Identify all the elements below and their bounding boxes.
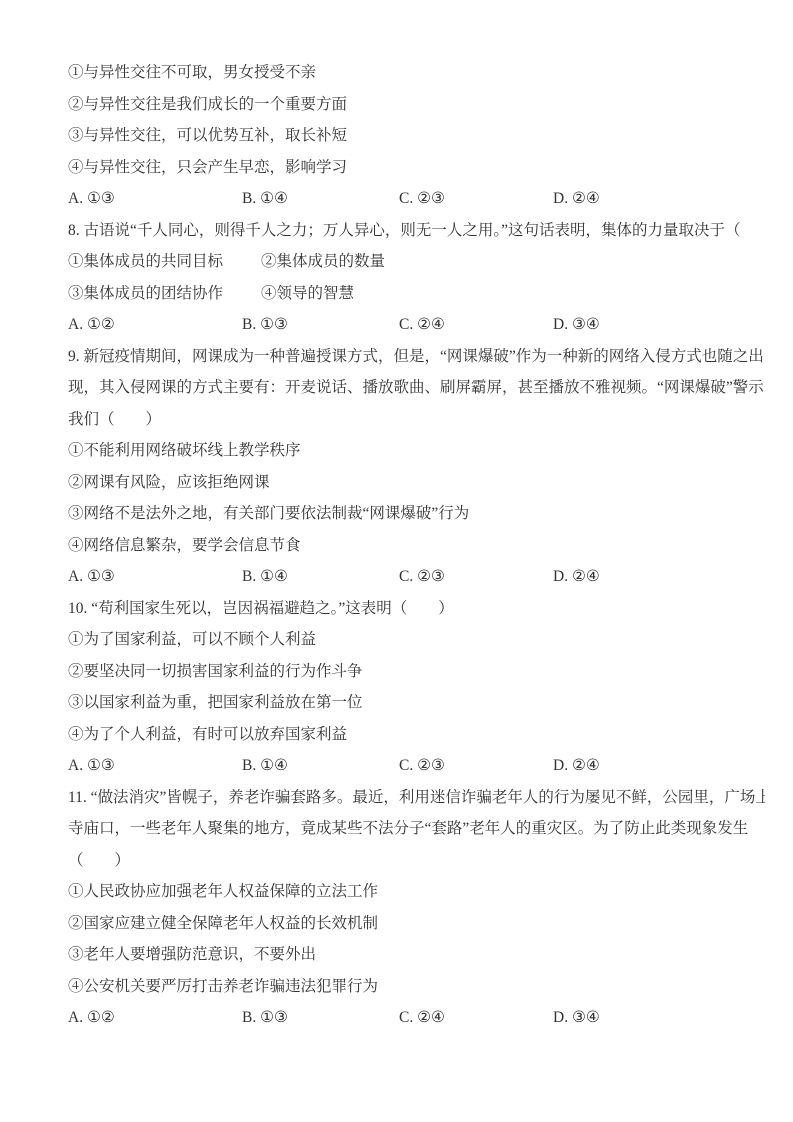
question-item: ③以国家利益为重，把国家利益放在第一位 [68, 687, 765, 719]
question-item: ③网络不是法外之地，有关部门要依法制裁“网课爆破”行为 [68, 498, 765, 530]
option-a: A. ①③ [68, 561, 242, 593]
options-row: A. ①③ B. ①④ C. ②③ D. ②④ [68, 561, 765, 593]
question-11: 11. “做法消灾”皆幌子，养老诈骗套路多。最近，利用迷信诈骗老年人的行为屡见不… [68, 782, 765, 1034]
question-8: 8. 古语说“千人同心，则得千人之力；万人异心，则无一人之用。”这句话表明，集体… [68, 215, 765, 341]
question-item: ③与异性交往，可以优势互补，取长补短 [68, 120, 765, 152]
question-item: ②网课有风险，应该拒绝网课 [68, 467, 765, 499]
question-item: ②与异性交往是我们成长的一个重要方面 [68, 89, 765, 121]
question-item: ①与异性交往不可取，男女授受不亲 [68, 57, 765, 89]
question-item: ④与异性交往，只会产生早恋，影响学习 [68, 152, 765, 184]
option-a: A. ①② [68, 309, 242, 341]
question-9: 9. 新冠疫情期间，网课成为一种普遍授课方式，但是，“网课爆破”作为一种新的网络… [68, 341, 765, 593]
question-item: ②国家应建立健全保障老年人权益的长效机制 [68, 908, 765, 940]
option-d: D. ②④ [553, 561, 765, 593]
question-stem: 11. “做法消灾”皆幌子，养老诈骗套路多。最近，利用迷信诈骗老年人的行为屡见不… [68, 782, 765, 814]
question-item: ①为了国家利益，可以不顾个人利益 [68, 624, 765, 656]
option-a: A. ①② [68, 1002, 242, 1034]
question-7: ①与异性交往不可取，男女授受不亲 ②与异性交往是我们成长的一个重要方面 ③与异性… [68, 57, 765, 215]
option-d: D. ③④ [553, 1002, 765, 1034]
question-stem: 我们（ ） [68, 404, 765, 436]
question-item: ②要坚决同一切损害国家利益的行为作斗争 [68, 656, 765, 688]
question-item: ④网络信息繁杂，要学会信息节食 [68, 530, 765, 562]
option-a: A. ①③ [68, 183, 242, 215]
option-b: B. ①④ [242, 750, 399, 782]
option-d: D. ②④ [553, 183, 765, 215]
question-item-pair: ③集体成员的团结协作 ④领导的智慧 [68, 278, 765, 310]
question-item: ①不能利用网络破坏线上教学秩序 [68, 435, 765, 467]
option-b: B. ①④ [242, 183, 399, 215]
question-item: ④为了个人利益，有时可以放弃国家利益 [68, 719, 765, 751]
question-item: ①集体成员的共同目标 [68, 246, 261, 278]
options-row: A. ①③ B. ①④ C. ②③ D. ②④ [68, 183, 765, 215]
question-10: 10. “苟利国家生死以，岂因祸福避趋之。”这表明（ ） ①为了国家利益，可以不… [68, 593, 765, 782]
question-stem: 寺庙口，一些老年人聚集的地方，竟成某些不法分子“套路”老年人的重灾区。为了防止此… [68, 813, 765, 845]
question-item-pair: ①集体成员的共同目标 ②集体成员的数量 [68, 246, 765, 278]
option-b: B. ①③ [242, 1002, 399, 1034]
question-stem: 8. 古语说“千人同心，则得千人之力；万人异心，则无一人之用。”这句话表明，集体… [68, 215, 765, 247]
option-c: C. ②③ [399, 561, 553, 593]
question-item: ③老年人要增强防范意识，不要外出 [68, 939, 765, 971]
option-b: B. ①④ [242, 561, 399, 593]
question-item: ④领导的智慧 [261, 278, 765, 310]
options-row: A. ①③ B. ①④ C. ②③ D. ②④ [68, 750, 765, 782]
option-c: C. ②④ [399, 309, 553, 341]
question-item: ④公安机关要严厉打击养老诈骗违法犯罪行为 [68, 971, 765, 1003]
question-item: ②集体成员的数量 [261, 246, 765, 278]
option-c: C. ②③ [399, 183, 553, 215]
question-item: ①人民政协应加强老年人权益保障的立法工作 [68, 876, 765, 908]
option-a: A. ①③ [68, 750, 242, 782]
option-c: C. ②③ [399, 750, 553, 782]
question-stem: 现，其入侵网课的方式主要有：开麦说话、播放歌曲、刷屏霸屏，甚至播放不雅视频。“网… [68, 372, 765, 404]
question-stem: 9. 新冠疫情期间，网课成为一种普遍授课方式，但是，“网课爆破”作为一种新的网络… [68, 341, 765, 373]
option-c: C. ②④ [399, 1002, 553, 1034]
question-stem: 10. “苟利国家生死以，岂因祸福避趋之。”这表明（ ） [68, 593, 765, 625]
exam-page: ①与异性交往不可取，男女授受不亲 ②与异性交往是我们成长的一个重要方面 ③与异性… [0, 0, 793, 1122]
question-stem: （ ） [68, 845, 765, 877]
options-row: A. ①② B. ①③ C. ②④ D. ③④ [68, 1002, 765, 1034]
option-d: D. ③④ [553, 309, 765, 341]
option-b: B. ①③ [242, 309, 399, 341]
question-item: ③集体成员的团结协作 [68, 278, 261, 310]
option-d: D. ②④ [553, 750, 765, 782]
options-row: A. ①② B. ①③ C. ②④ D. ③④ [68, 309, 765, 341]
